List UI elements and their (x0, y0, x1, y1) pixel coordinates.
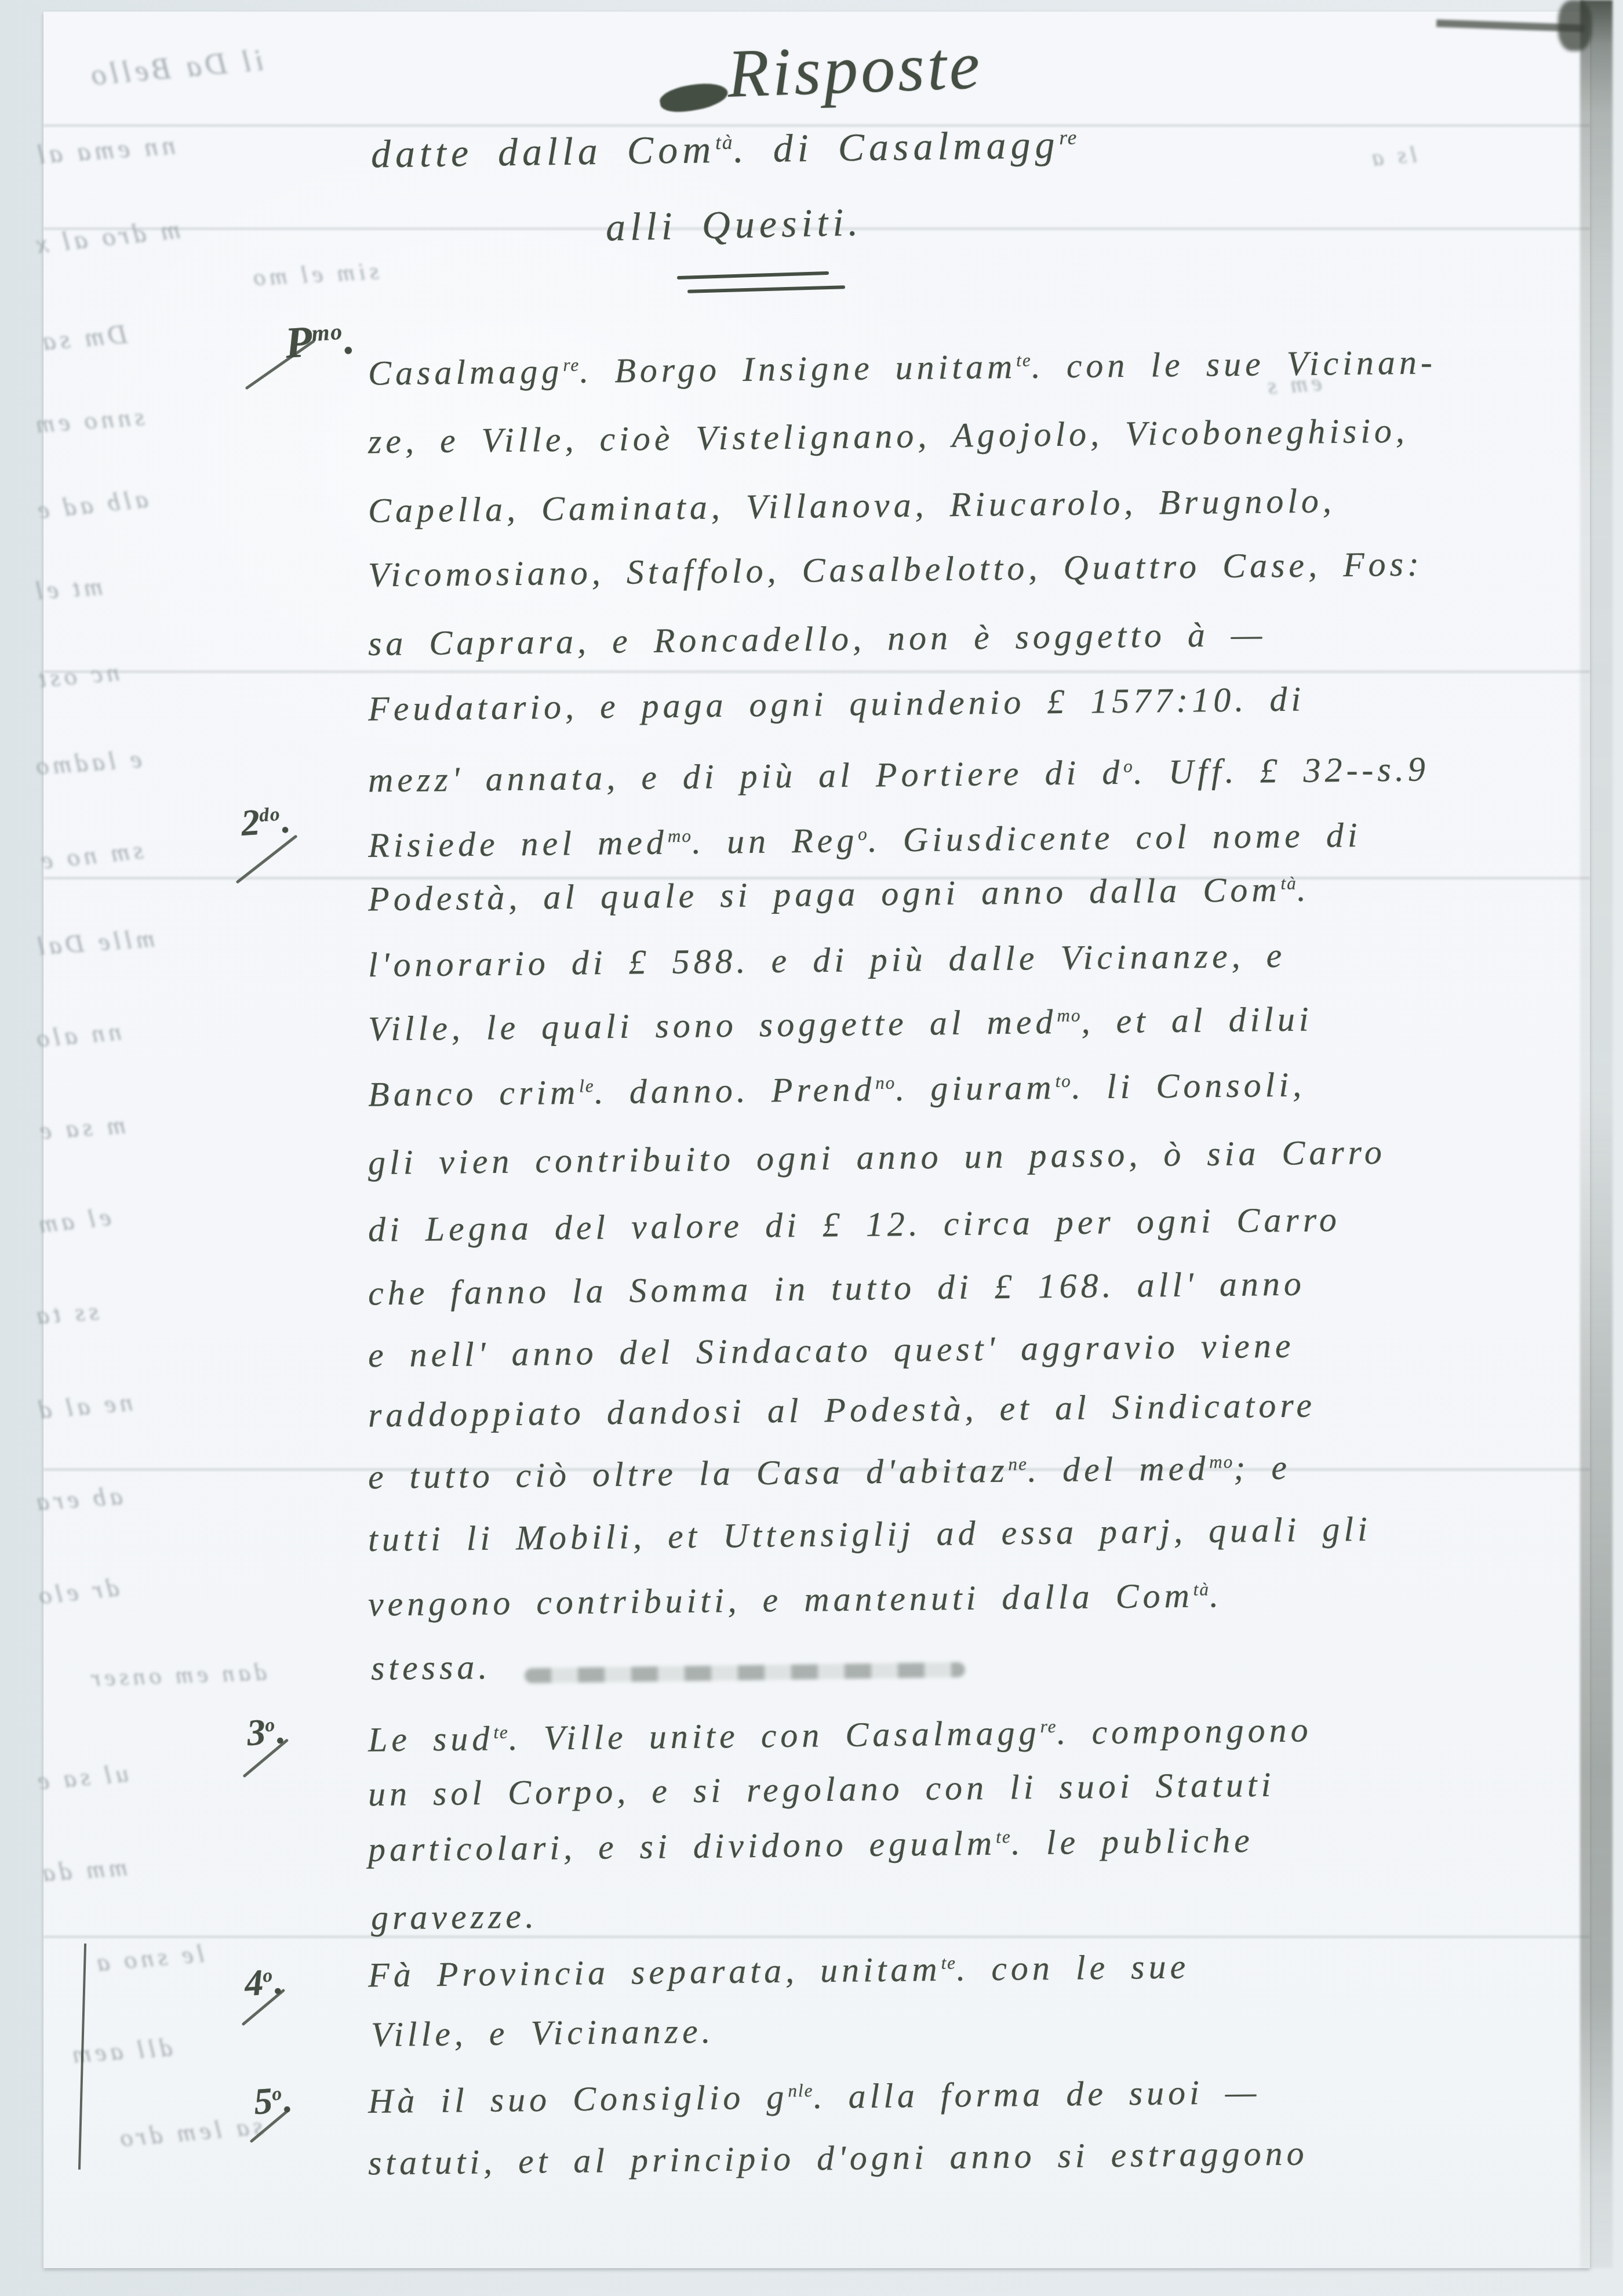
bleedthrough-fragment: m sa e (35, 1110, 126, 1146)
bleedthrough-fragment: mt el (31, 572, 103, 606)
bleedthrough-fragment: mm da (37, 1852, 128, 1888)
manuscript-line: gravezze. (371, 1896, 538, 1938)
top-right-corner-blot (1558, 0, 1592, 51)
item-number: 2do. (240, 798, 292, 845)
manuscript-line: stessa. (371, 1647, 492, 1688)
scan-streak (43, 670, 1590, 673)
right-edge-scan-shadow (1580, 0, 1613, 2268)
item-number: 4o. (243, 1960, 285, 2005)
item-number: 3o. (246, 1709, 288, 1754)
bleedthrough-fragment: ss ta (31, 1296, 100, 1331)
item-number: Pmo. (283, 314, 356, 369)
item-number: 5o. (253, 2078, 294, 2123)
manuscript-line: Ville, e Vicinanze. (371, 2011, 715, 2055)
bleedthrough-fragment: ab era (31, 1481, 123, 1517)
manuscript-scan: il Da Bellonn ema alm dro al xsim el moD… (0, 0, 1623, 2296)
scan-streak (43, 1935, 1590, 1938)
bleedthrough-fragment: ls a (1367, 140, 1418, 172)
document-title: Risposte (726, 26, 984, 113)
title-subline-2: alli Quesiti. (605, 199, 863, 250)
